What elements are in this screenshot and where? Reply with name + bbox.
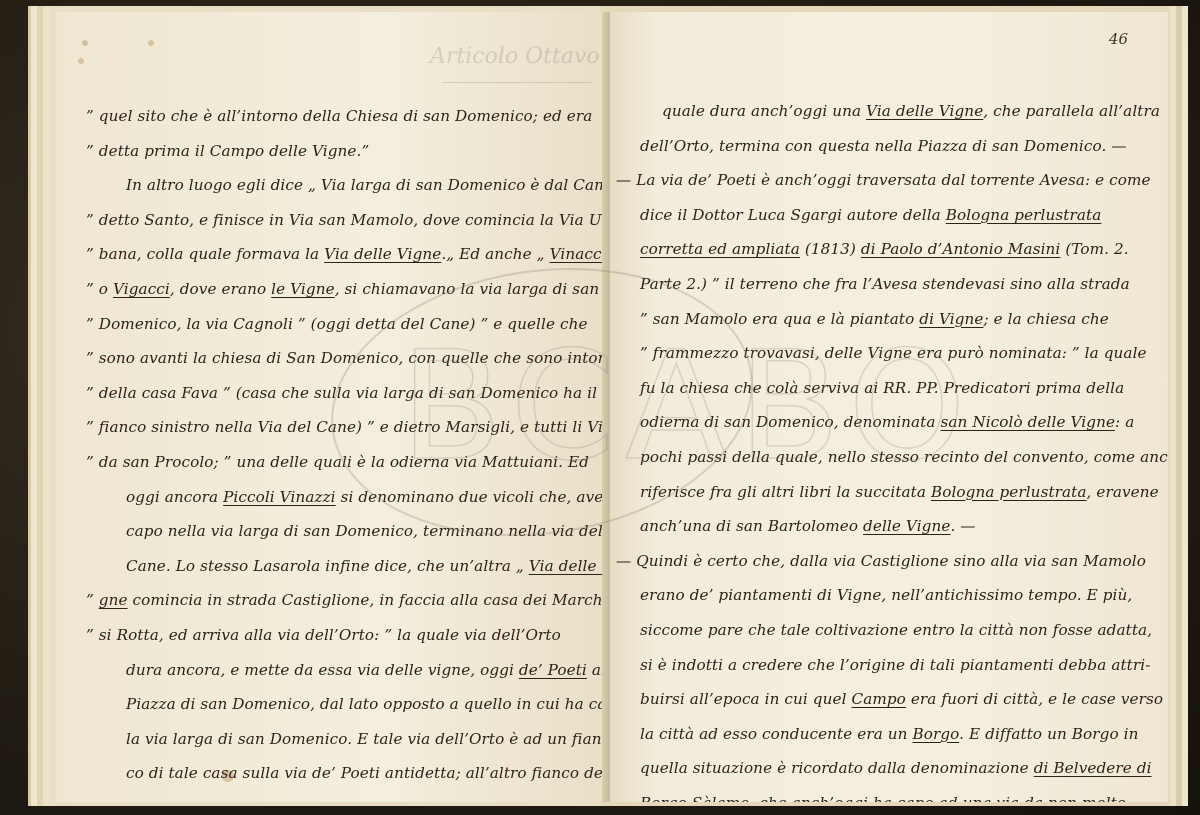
manuscript-line: Parte 2.) ” il terreno che fra l’Avesa s… bbox=[640, 275, 1130, 293]
line-text: anch’una di san Bartolomeo bbox=[640, 517, 863, 535]
manuscript-line: erano de’ piantamenti di Vigne, nell’ant… bbox=[640, 586, 1132, 604]
line-text: .„ Ed anche „ bbox=[441, 245, 549, 263]
manuscript-line: ” o Vigacci, dove erano le Vigne, si chi… bbox=[86, 280, 599, 298]
manuscript-line: pochi passi della quale, nello stesso re… bbox=[640, 448, 1168, 466]
manuscript-line: la città ad esso conducente era un Borgo… bbox=[640, 725, 1138, 743]
manuscript-line: ” fianco sinistro nella Via del Cane) ” … bbox=[86, 418, 608, 436]
line-text: ; e la chiesa che bbox=[984, 310, 1109, 328]
line-text: odierna di san Domenico, denominata bbox=[640, 413, 940, 431]
underlined-text: corretta ed ampliata bbox=[640, 240, 800, 258]
manuscript-line: fu la chiesa che colà serviva ai RR. PP.… bbox=[640, 379, 1124, 397]
manuscript-line: co di tale casa sulla via de’ Poeti anti… bbox=[126, 764, 608, 782]
manuscript-line: la via larga di san Domenico. E tale via… bbox=[126, 730, 607, 748]
underlined-text: Via delle Vi- bbox=[529, 557, 608, 575]
underlined-text: Borgo bbox=[913, 725, 960, 743]
manuscript-line: si è indotti a credere che l’origine di … bbox=[640, 656, 1150, 674]
manuscript-line: quella situazione è ricordato dalla deno… bbox=[640, 759, 1152, 777]
line-text: ” Domenico, la via Cagnoli ” (oggi detta… bbox=[86, 315, 588, 333]
line-text: buirsi all’epoca in cui quel bbox=[640, 690, 851, 708]
manuscript-line: oggi ancora Piccoli Vinazzi si denominan… bbox=[126, 488, 608, 506]
line-text: dice il Dottor Luca Sgargi autore della bbox=[640, 206, 946, 224]
line-text: In altro luogo egli dice „ Via larga di … bbox=[126, 176, 608, 194]
manuscript-line: ” detta prima il Campo delle Vigne.” bbox=[86, 142, 369, 160]
underlined-text: delle Vigne bbox=[863, 517, 950, 535]
manuscript-line: ” gne comincia in strada Castiglione, in… bbox=[86, 591, 608, 609]
underlined-text: Piccoli Vinazzi bbox=[223, 488, 336, 506]
line-text: la città ad esso conducente era un bbox=[640, 725, 913, 743]
underlined-text: Vinacci bbox=[550, 245, 607, 263]
line-text: Piazza di san Domenico, dal lato opposto… bbox=[126, 695, 608, 713]
line-text: era fuori di città, e le case verso bbox=[906, 690, 1163, 708]
line-text: ” detto Santo, e finisce in Via san Mamo… bbox=[86, 211, 608, 229]
line-text: dell’Orto, termina con questa nella Piaz… bbox=[640, 137, 1127, 155]
line-text: quella situazione è ricordato dalla deno… bbox=[640, 759, 1034, 777]
underlined-text: de’ Poeti bbox=[519, 661, 587, 679]
line-text: ” bana, colla quale formava la bbox=[86, 245, 324, 263]
underlined-text: Vigacci bbox=[113, 280, 170, 298]
underlined-text: Via delle Vigne bbox=[324, 245, 441, 263]
underlined-text: di Paolo d’Antonio Masini bbox=[861, 240, 1061, 258]
left-page: Articolo Ottavo ” quel sito che è all’in… bbox=[56, 12, 608, 802]
line-text: (Tom. 2. bbox=[1060, 240, 1128, 258]
manuscript-line: Borgo Sàlamo, che anch’oggi ha capo ad u… bbox=[640, 794, 1126, 802]
line-text: si è indotti a credere che l’origine di … bbox=[640, 656, 1150, 674]
line-text: Parte 2.) ” il terreno che fra l’Avesa s… bbox=[640, 275, 1130, 293]
line-text: ” della casa Fava ” (casa che sulla via … bbox=[86, 384, 597, 402]
ghost-heading-bleedthrough: Articolo Ottavo bbox=[430, 44, 600, 69]
line-text: , si chiamavano la via larga di san bbox=[335, 280, 600, 298]
line-text: — Quindi è certo che, dalla via Castigli… bbox=[616, 552, 1146, 570]
underlined-text: le Vigne bbox=[271, 280, 335, 298]
line-text: ” si Rotta, ed arriva alla via dell’Orto… bbox=[86, 626, 561, 644]
line-text: siccome pare che tale coltivazione entro… bbox=[640, 621, 1152, 639]
line-text: co di tale casa sulla via de’ Poeti anti… bbox=[126, 764, 608, 782]
foxing-stain bbox=[148, 40, 154, 46]
line-text: si denominano due vicoli che, avendo bbox=[336, 488, 608, 506]
foxing-stain bbox=[82, 40, 88, 46]
manuscript-line: capo nella via larga di san Domenico, te… bbox=[126, 522, 603, 540]
ghost-rule bbox=[442, 82, 592, 83]
manuscript-line: — Quindi è certo che, dalla via Castigli… bbox=[616, 552, 1146, 570]
manuscript-line: ” Domenico, la via Cagnoli ” (oggi detta… bbox=[86, 315, 588, 333]
line-text: dura ancora, e mette da essa via delle v… bbox=[126, 661, 519, 679]
manuscript-line: siccome pare che tale coltivazione entro… bbox=[640, 621, 1152, 639]
manuscript-line: Cane. Lo stesso Lasarola infine dice, ch… bbox=[126, 557, 608, 575]
manuscript-line: ” sono avanti la chiesa di San Domenico,… bbox=[86, 349, 608, 367]
manuscript-line: ” san Mamolo era qua e là piantato di Vi… bbox=[640, 310, 1109, 328]
manuscript-line: ” si Rotta, ed arriva alla via dell’Orto… bbox=[86, 626, 561, 644]
line-text: ” frammezzo trovavasi, delle Vigne era p… bbox=[640, 344, 1147, 362]
line-text: ” fianco sinistro nella Via del Cane) ” … bbox=[86, 418, 608, 436]
underlined-text: Bologna perlustrata bbox=[946, 206, 1102, 224]
line-text: Cane. Lo stesso Lasarola infine dice, ch… bbox=[126, 557, 529, 575]
line-text: ” da san Procolo; ” una delle quali è la… bbox=[86, 453, 589, 471]
manuscript-line: buirsi all’epoca in cui quel Campo era f… bbox=[640, 690, 1163, 708]
line-text: erano de’ piantamenti di Vigne, nell’ant… bbox=[640, 586, 1132, 604]
line-text: ” detta prima il Campo delle Vigne.” bbox=[86, 142, 369, 160]
underlined-text: gne bbox=[99, 591, 128, 609]
manuscript-line: In altro luogo egli dice „ Via larga di … bbox=[126, 176, 608, 194]
line-text: quale dura anch’oggi una bbox=[662, 102, 866, 120]
manuscript-line: Piazza di san Domenico, dal lato opposto… bbox=[126, 695, 608, 713]
foxing-stain bbox=[78, 58, 84, 64]
underlined-text: Bologna perlustrata bbox=[931, 483, 1087, 501]
underlined-text: Borgo Sàlamo bbox=[640, 794, 749, 802]
line-text: . E diffatto un Borgo in bbox=[959, 725, 1138, 743]
manuscript-line: ” da san Procolo; ” una delle quali è la… bbox=[86, 453, 589, 471]
line-text: , dove erano bbox=[170, 280, 271, 298]
line-text: (1813) bbox=[800, 240, 861, 258]
manuscript-line: ” frammezzo trovavasi, delle Vigne era p… bbox=[640, 344, 1147, 362]
line-text: ” sono avanti la chiesa di San Domenico,… bbox=[86, 349, 608, 367]
manuscript-line: riferisce fra gli altri libri la succita… bbox=[640, 483, 1159, 501]
line-text: ” san Mamolo era qua e là piantato bbox=[640, 310, 919, 328]
underlined-text: Via delle Vigne bbox=[866, 102, 983, 120]
manuscript-line: dice il Dottor Luca Sgargi autore della … bbox=[640, 206, 1101, 224]
line-text: — La via de’ Poeti è anch’oggi traversat… bbox=[616, 171, 1151, 189]
line-text: , eravene bbox=[1087, 483, 1159, 501]
page-number: 46 bbox=[1109, 30, 1128, 48]
line-text: riferisce fra gli altri libri la succita… bbox=[640, 483, 931, 501]
line-text: , che parallela all’altra bbox=[983, 102, 1160, 120]
manuscript-line: dell’Orto, termina con questa nella Piaz… bbox=[640, 137, 1127, 155]
manuscript-line: ” detto Santo, e finisce in Via san Mamo… bbox=[86, 211, 608, 229]
line-text: ” quel sito che è all’intorno della Chie… bbox=[86, 107, 592, 125]
manuscript-line: ” quel sito che è all’intorno della Chie… bbox=[86, 107, 592, 125]
manuscript-line: dura ancora, e mette da essa via delle v… bbox=[126, 661, 608, 679]
line-text: pochi passi della quale, nello stesso re… bbox=[640, 448, 1168, 466]
underlined-text: san Nicolò delle Vigne bbox=[940, 413, 1115, 431]
line-text: capo nella via larga di san Domenico, te… bbox=[126, 522, 603, 540]
line-text: comincia in strada Castiglione, in facci… bbox=[128, 591, 608, 609]
manuscript-line: quale dura anch’oggi una Via delle Vigne… bbox=[662, 102, 1160, 120]
right-page: 46 quale dura anch’oggi una Via delle Vi… bbox=[610, 12, 1168, 802]
manuscript-line: corretta ed ampliata (1813) di Paolo d’A… bbox=[640, 240, 1129, 258]
manuscript-line: odierna di san Domenico, denominata san … bbox=[640, 413, 1134, 431]
line-text: la via larga di san Domenico. E tale via… bbox=[126, 730, 607, 748]
line-text: . — bbox=[950, 517, 975, 535]
manuscript-line: — La via de’ Poeti è anch’oggi traversat… bbox=[616, 171, 1151, 189]
underlined-text: di Belvedere di bbox=[1034, 759, 1152, 777]
manuscript-line: ” bana, colla quale formava la Via delle… bbox=[86, 245, 607, 263]
line-text: , che anch’oggi ha capo ad una via da no… bbox=[749, 794, 1126, 802]
manuscript-line: anch’una di san Bartolomeo delle Vigne. … bbox=[640, 517, 976, 535]
underlined-text: di Vigne bbox=[919, 310, 983, 328]
line-text: ” o bbox=[86, 280, 113, 298]
line-text: fu la chiesa che colà serviva ai RR. PP.… bbox=[640, 379, 1124, 397]
manuscript-line: ” della casa Fava ” (casa che sulla via … bbox=[86, 384, 597, 402]
line-text: : a bbox=[1115, 413, 1134, 431]
line-text: ” bbox=[86, 591, 99, 609]
underlined-text: Campo bbox=[851, 690, 905, 708]
line-text: oggi ancora bbox=[126, 488, 223, 506]
